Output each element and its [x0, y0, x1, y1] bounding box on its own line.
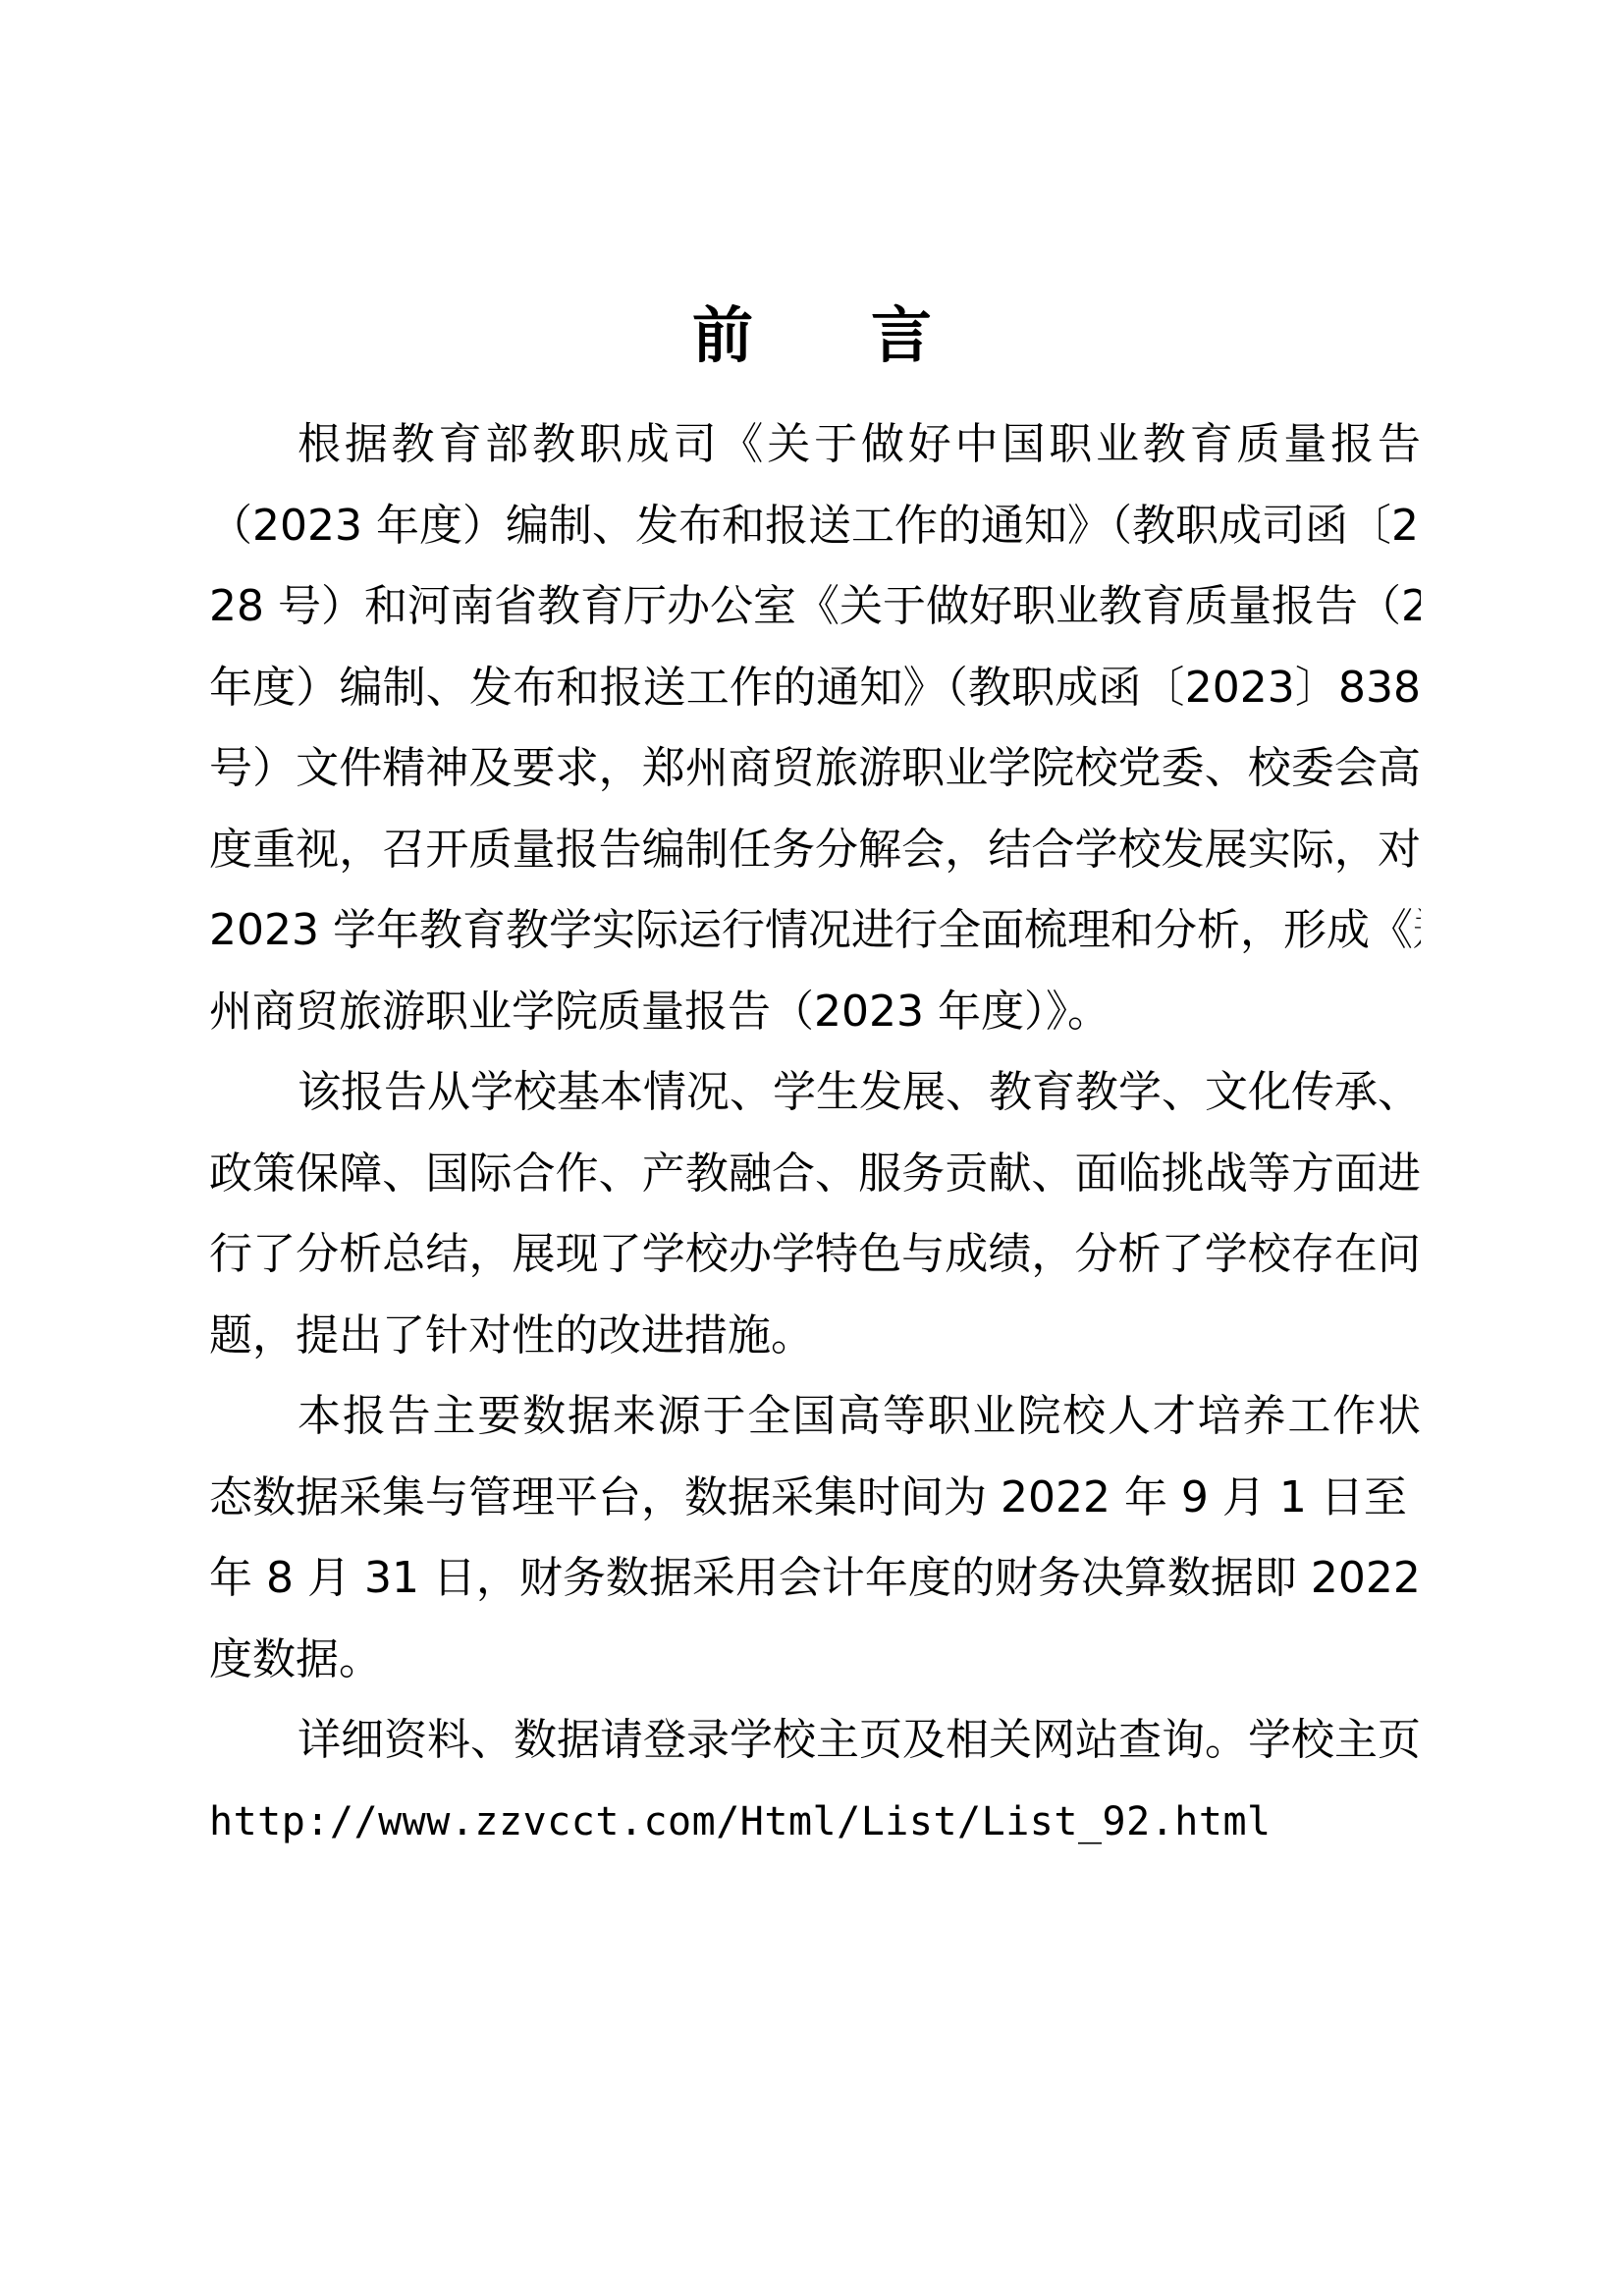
title-char-2: 言	[871, 298, 932, 373]
page-title: 前言	[0, 298, 1624, 373]
text-line: 28 号）和河南省教育厅办公室《关于做好职业教育质量报告（2023	[209, 566, 1421, 648]
document-body: 根据教育部教职成司《关于做好中国职业教育质量报告 （2023 年度）编制、发布和…	[209, 404, 1421, 1862]
text-line: 根据教育部教职成司《关于做好中国职业教育质量报告	[209, 404, 1421, 486]
text-line: 题，提出了针对性的改进措施。	[209, 1296, 1421, 1377]
document-page: 前言 根据教育部教职成司《关于做好中国职业教育质量报告 （2023 年度）编制、…	[0, 0, 1624, 2296]
text-line: 2023 学年教育教学实际运行情况进行全面梳理和分析，形成《郑	[209, 890, 1421, 972]
paragraph-more-info: 详细资料、数据请登录学校主页及相关网站查询。学校主页： http://www.z…	[209, 1700, 1421, 1862]
text-line: 政策保障、国际合作、产教融合、服务贡献、面临挑战等方面进	[209, 1134, 1421, 1215]
paragraph-scope: 该报告从学校基本情况、学生发展、教育教学、文化传承、 政策保障、国际合作、产教融…	[209, 1052, 1421, 1376]
title-char-1: 前	[692, 298, 753, 373]
text-line: （2023 年度）编制、发布和报送工作的通知》（教职成司函〔2023〕	[209, 486, 1421, 567]
text-line: 行了分析总结，展现了学校办学特色与成绩，分析了学校存在问	[209, 1214, 1421, 1296]
paragraph-data-source: 本报告主要数据来源于全国高等职业院校人才培养工作状 态数据采集与管理平台，数据采…	[209, 1376, 1421, 1700]
homepage-link[interactable]: http://www.zzvcct.com/Html/List/List_92.…	[209, 1782, 1421, 1863]
text-line: 州商贸旅游职业学院质量报告（2023 年度）》。	[209, 972, 1421, 1053]
text-line: 度数据。	[209, 1620, 1421, 1701]
paragraph-basis: 根据教育部教职成司《关于做好中国职业教育质量报告 （2023 年度）编制、发布和…	[209, 404, 1421, 1052]
text-line: 详细资料、数据请登录学校主页及相关网站查询。学校主页：	[209, 1700, 1421, 1782]
text-line: 态数据采集与管理平台，数据采集时间为 2022 年 9 月 1 日至 2023	[209, 1458, 1421, 1539]
text-line: 号）文件精神及要求，郑州商贸旅游职业学院校党委、校委会高	[209, 728, 1421, 810]
text-line: 度重视，召开质量报告编制任务分解会，结合学校发展实际，对	[209, 810, 1421, 891]
text-line: 该报告从学校基本情况、学生发展、教育教学、文化传承、	[209, 1052, 1421, 1134]
text-line: 本报告主要数据来源于全国高等职业院校人才培养工作状	[209, 1376, 1421, 1458]
text-line: 年 8 月 31 日，财务数据采用会计年度的财务决算数据即 2022 年	[209, 1538, 1421, 1620]
text-line: 年度）编制、发布和报送工作的通知》（教职成函〔2023〕838	[209, 648, 1421, 729]
